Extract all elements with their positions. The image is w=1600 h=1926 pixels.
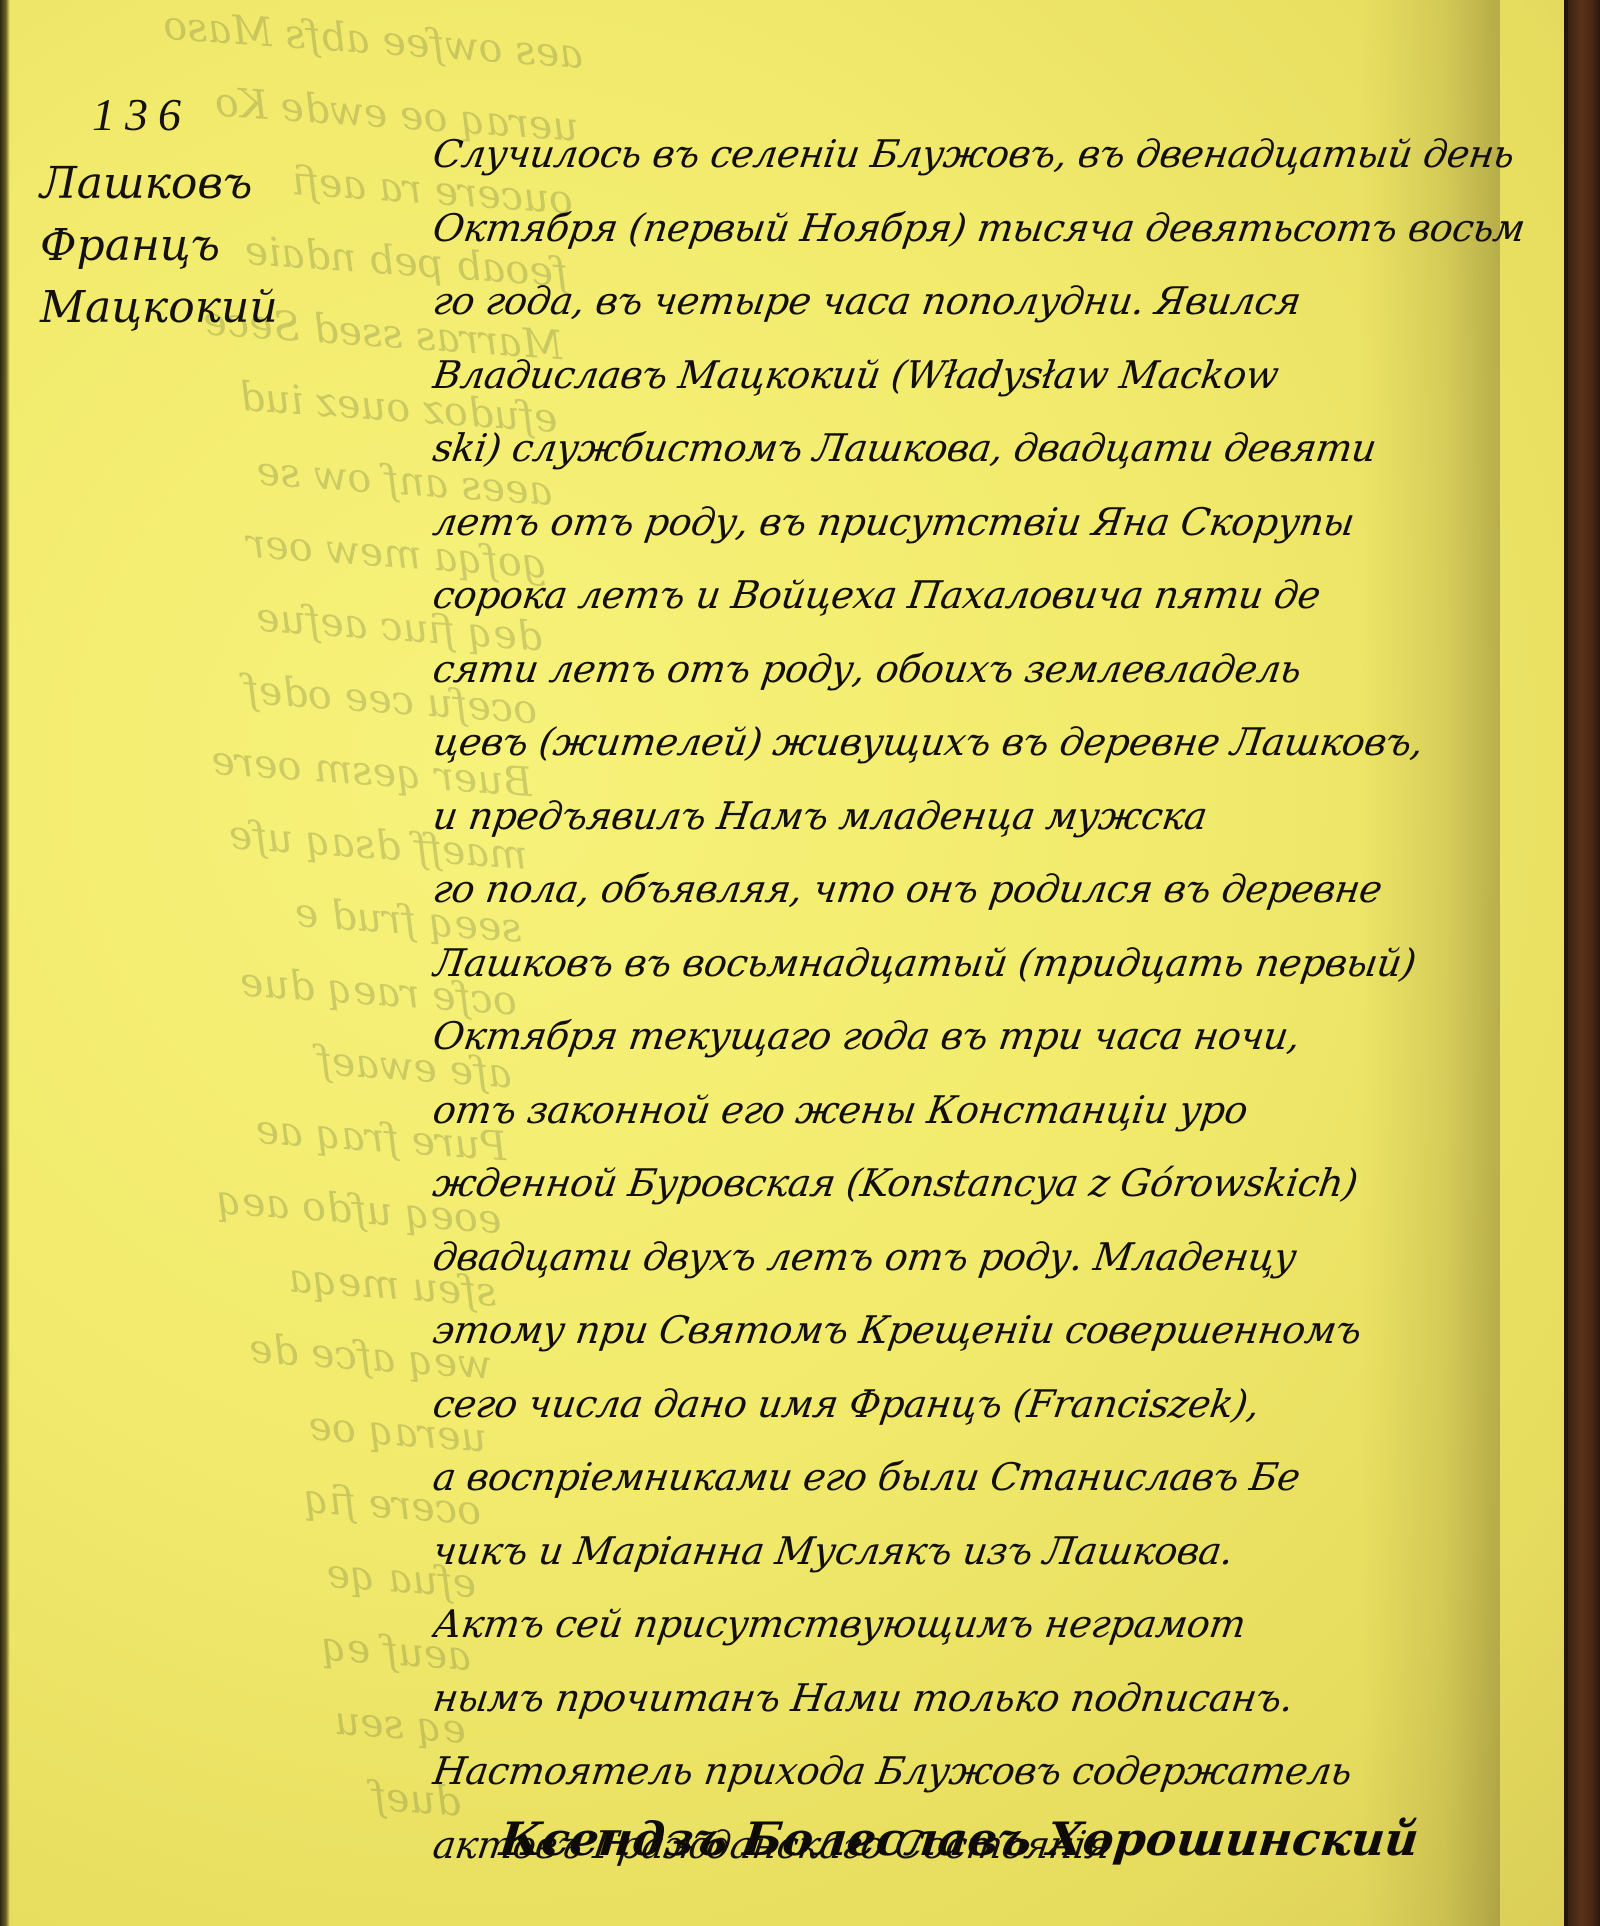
body-line: нымъ прочитанъ Нами только подписанъ. (428, 1662, 1528, 1736)
body-line: цевъ (жителей) живущихъ въ деревне Лашко… (428, 706, 1528, 780)
body-line: Настоятель прихода Блужовъ содержатель (428, 1735, 1528, 1809)
body-line: сорока летъ и Войцеха Пахаловича пяти де (428, 559, 1528, 633)
body-line: чикъ и Маріанна Муслякъ изъ Лашкова. (428, 1515, 1528, 1589)
priest-signature: Ксендзъ Болеславъ Хорошинский (497, 1812, 1543, 1866)
body-line: ski) службистомъ Лашкова, двадцати девят… (428, 412, 1528, 486)
document-page: aes owfee abfs Maso ueraq oe ewde Ko ouc… (0, 0, 1600, 1926)
body-line: Октября текущаго года въ три часа ночи, (428, 1000, 1528, 1074)
body-line: а воспріемниками его были Станиславъ Бе (428, 1441, 1528, 1515)
body-line: сяти летъ отъ роду, обоихъ землевладель (428, 633, 1528, 707)
body-line: жденной Буровская (Konstancya z Górowski… (428, 1147, 1528, 1221)
body-line: Лашковъ въ восьмнадцатый (тридцать первы… (428, 927, 1528, 1001)
body-line: го года, въ четыре часа пополудни. Явилс… (428, 265, 1528, 339)
margin-annotation: 136 Лашковъ Францъ Мацкокий (40, 88, 400, 339)
margin-village: Лашковъ (40, 153, 400, 215)
margin-surname: Мацкокий (40, 277, 400, 339)
record-number: 136 (92, 88, 400, 141)
body-line: Случилось въ селеніи Блужовъ, въ двенадц… (428, 118, 1528, 192)
body-line: летъ отъ роду, въ присутствіи Яна Скоруп… (428, 486, 1528, 560)
body-line: го пола, объявляя, что онъ родился въ де… (428, 853, 1528, 927)
body-line: Октября (первый Ноября) тысяча девятьсот… (428, 192, 1528, 266)
book-binding (1568, 0, 1600, 1926)
body-line: двадцати двухъ летъ отъ роду. Младенцу (428, 1221, 1528, 1295)
body-line: сего числа дано имя Францъ (Franciszek), (428, 1368, 1528, 1442)
body-line: отъ законной его жены Констанціи уро (428, 1074, 1528, 1148)
record-body: Случилось въ селеніи Блужовъ, въ двенадц… (428, 118, 1518, 1882)
body-line: и предъявилъ Намъ младенца мужска (428, 780, 1528, 854)
body-line: Владиславъ Мацкокий (Władysław Mackow (428, 339, 1528, 413)
body-line: Актъ сей присутствующимъ неграмот (428, 1588, 1528, 1662)
margin-child-name: Францъ (40, 215, 400, 277)
body-line: этому при Святомъ Крещеніи совершенномъ (428, 1294, 1528, 1368)
page-left-edge (0, 0, 10, 1926)
